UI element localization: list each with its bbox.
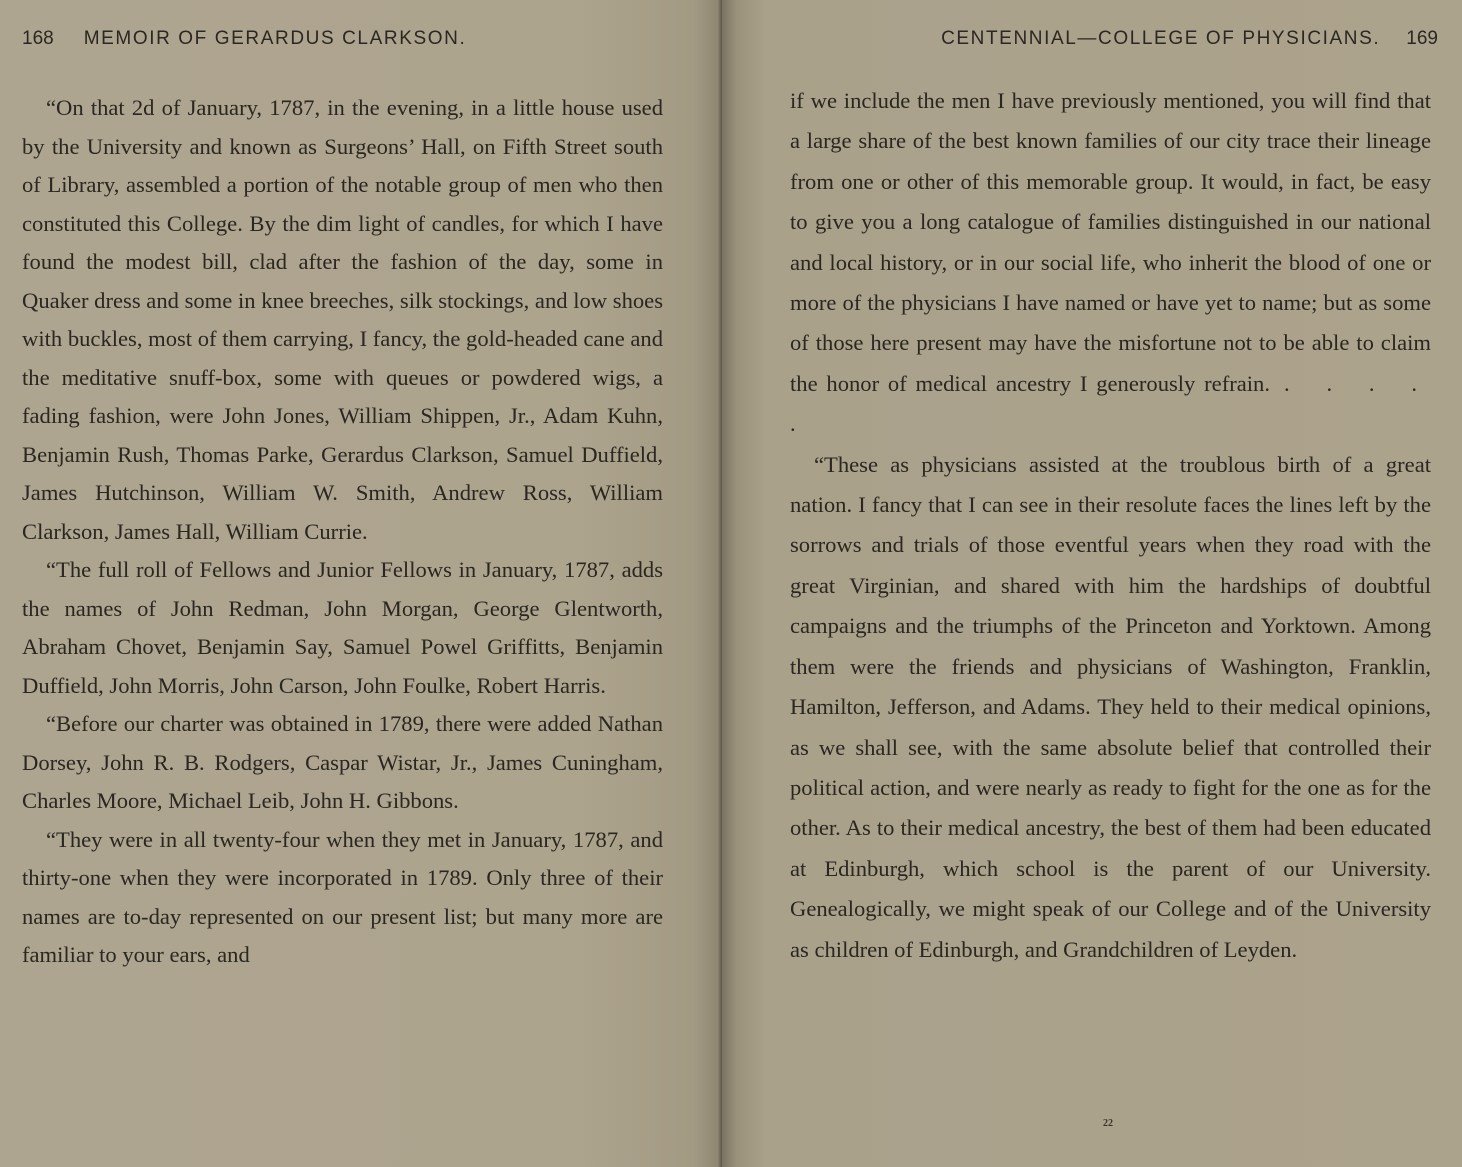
paragraph: “These as physicians assisted at the tro… — [790, 445, 1431, 970]
paragraph-text: if we include the men I have previously … — [790, 88, 1431, 396]
book-spread: 168MEMOIR OF GERARDUS CLARKSON. “On that… — [0, 0, 1462, 1167]
signature-mark: 22 — [1103, 1118, 1113, 1129]
left-page: 168MEMOIR OF GERARDUS CLARKSON. “On that… — [0, 0, 722, 1167]
paragraph: “The full roll of Fellows and Junior Fel… — [22, 551, 663, 705]
right-page: CENTENNIAL—COLLEGE OF PHYSICIANS.169 if … — [722, 0, 1462, 1167]
paragraph: “They were in all twenty-four when they … — [22, 821, 663, 975]
running-head-right: CENTENNIAL—COLLEGE OF PHYSICIANS.169 — [941, 28, 1438, 50]
paragraph: “On that 2d of January, 1787, in the eve… — [22, 89, 663, 551]
paragraph: if we include the men I have previously … — [790, 81, 1431, 445]
body-text-left: “On that 2d of January, 1787, in the eve… — [22, 89, 663, 975]
running-head-title-left: MEMOIR OF GERARDUS CLARKSON. — [84, 28, 467, 49]
running-head-left: 168MEMOIR OF GERARDUS CLARKSON. — [22, 28, 466, 50]
page-number-left: 168 — [22, 28, 54, 49]
page-number-right: 169 — [1406, 28, 1438, 49]
running-head-title-right: CENTENNIAL—COLLEGE OF PHYSICIANS. — [941, 28, 1380, 49]
body-text-right: if we include the men I have previously … — [790, 81, 1431, 970]
paragraph: “Before our charter was obtained in 1789… — [22, 705, 663, 821]
